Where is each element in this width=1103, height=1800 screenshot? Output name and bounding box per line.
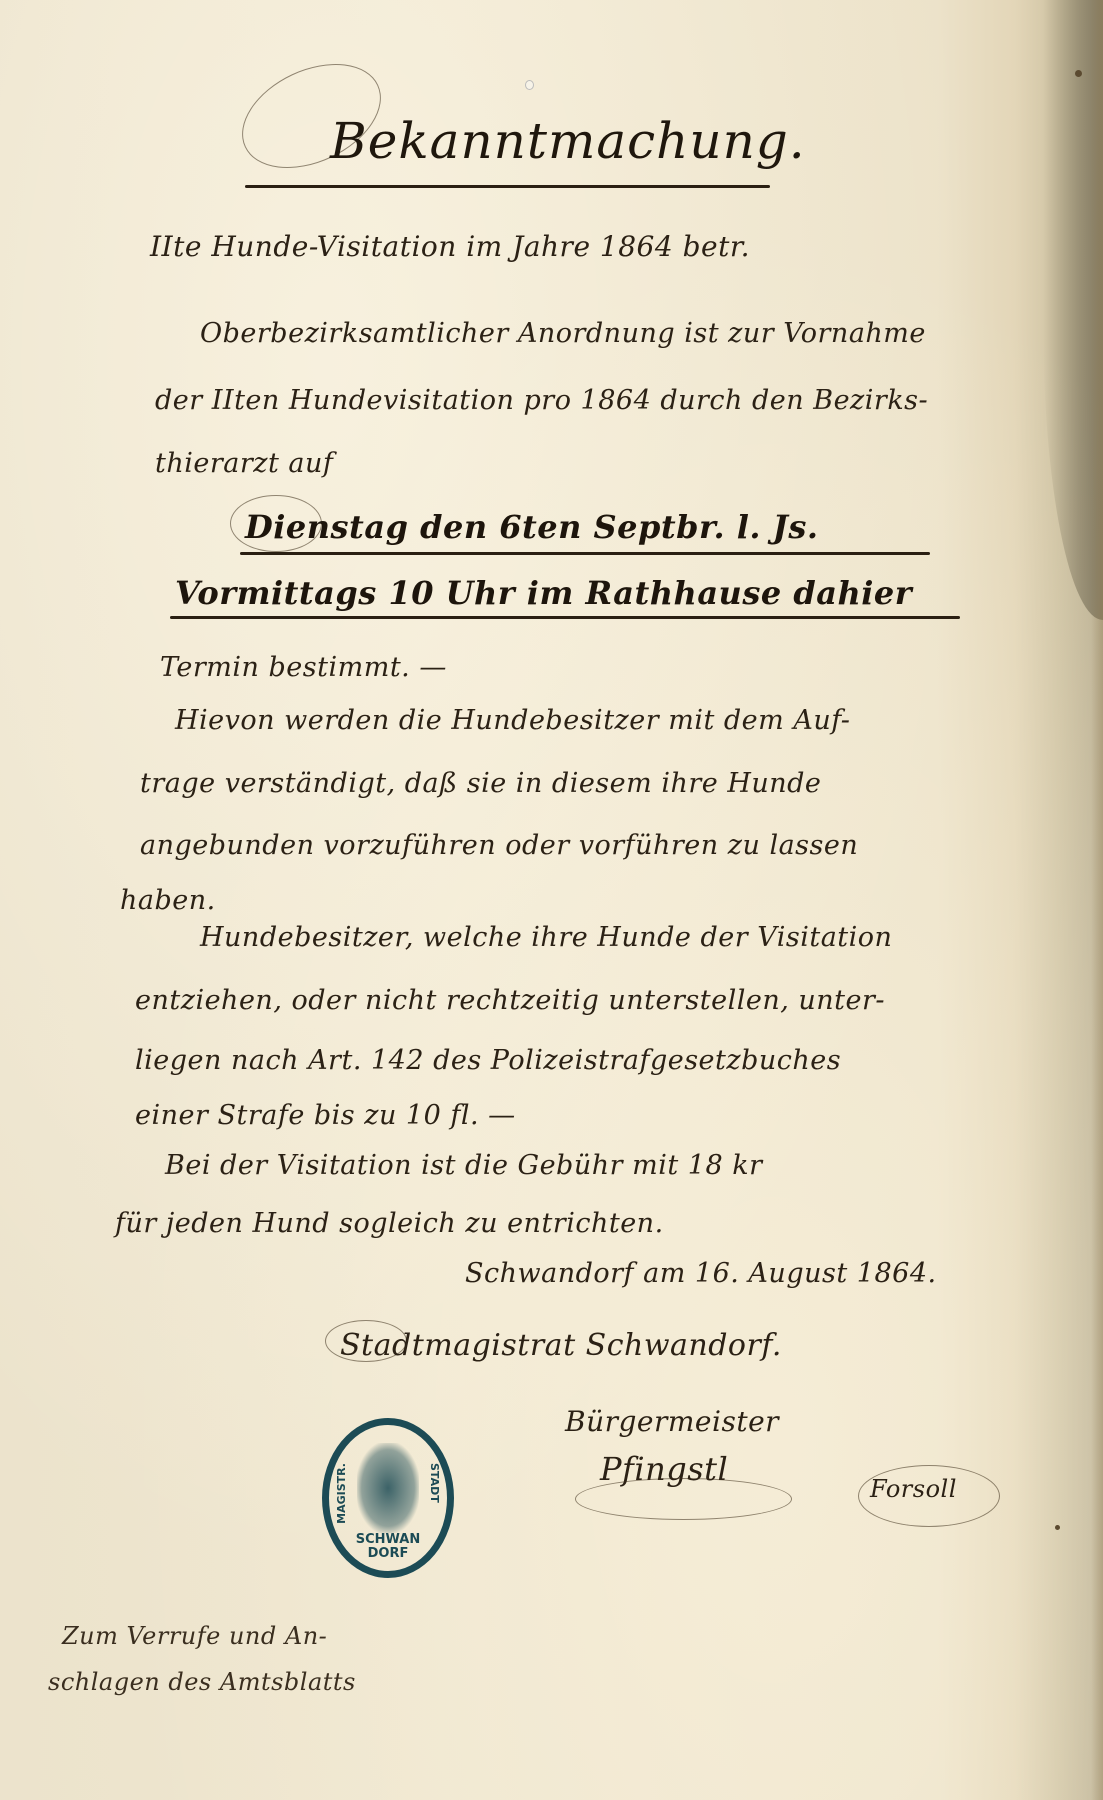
paragraph-1-line-3: thierarzt auf xyxy=(155,448,333,479)
paragraph-1-line-2: der IIten Hundevisitation pro 1864 durch… xyxy=(155,385,928,416)
stamp-bottom-text: SCHWAN DORF xyxy=(356,1533,420,1561)
paragraph-3-line-3: liegen nach Art. 142 des Polizeistrafges… xyxy=(135,1045,841,1076)
coat-of-arms-icon xyxy=(357,1443,419,1533)
subject-line: IIte Hunde-Visitation im Jahre 1864 betr… xyxy=(150,230,750,263)
official-seal-stamp: MAGISTR. STADT SCHWAN DORF xyxy=(322,1418,454,1578)
time-underline xyxy=(170,616,960,619)
stamp-right-text: STADT xyxy=(428,1463,441,1503)
stamp-bottom-line-2: DORF xyxy=(356,1547,420,1561)
signature-title: Bürgermeister xyxy=(565,1405,779,1438)
paragraph-4-line-2: für jeden Hund sogleich zu entrichten. xyxy=(115,1208,664,1239)
meeting-time-place: Vormittags 10 Uhr im Rathhause dahier xyxy=(175,574,912,612)
paper-speck xyxy=(525,80,534,90)
signature-flourish xyxy=(575,1478,792,1520)
secretary-flourish xyxy=(858,1465,1000,1527)
paragraph-1-line-1: Oberbezirksamtlicher Anordnung ist zur V… xyxy=(200,318,926,349)
date-underline xyxy=(240,552,930,555)
footnote-line-1: Zum Verrufe und An- xyxy=(62,1622,327,1650)
paragraph-3-line-1: Hundebesitzer, welche ihre Hunde der Vis… xyxy=(200,922,892,953)
paragraph-3-line-4: einer Strafe bis zu 10 fl. — xyxy=(135,1100,516,1131)
paragraph-2-line-2: Hievon werden die Hundebesitzer mit dem … xyxy=(175,705,850,736)
paragraph-4-line-1: Bei der Visitation ist die Gebühr mit 18… xyxy=(165,1150,762,1181)
place-date: Schwandorf am 16. August 1864. xyxy=(465,1258,937,1289)
paragraph-2-line-3: trage verständigt, daß sie in diesem ihr… xyxy=(140,768,821,799)
page-edge xyxy=(1091,0,1103,1800)
document-page: Bekanntmachung. IIte Hunde-Visitation im… xyxy=(0,0,1103,1800)
footnote-line-2: schlagen des Amtsblatts xyxy=(48,1668,356,1696)
paragraph-2-line-1: Termin bestimmt. — xyxy=(160,652,447,683)
document-title: Bekanntmachung. xyxy=(330,112,806,170)
title-underline xyxy=(245,185,770,188)
paragraph-2-line-4: angebunden vorzuführen oder vorführen zu… xyxy=(140,830,858,861)
ink-spot xyxy=(1055,1525,1060,1530)
meeting-date: Dienstag den 6ten Septbr. l. Js. xyxy=(245,508,818,546)
ink-spot xyxy=(1075,70,1082,77)
stamp-bottom-line-1: SCHWAN xyxy=(356,1533,420,1547)
paragraph-2-line-5: haben. xyxy=(120,885,216,916)
stamp-left-text: MAGISTR. xyxy=(335,1463,348,1524)
paragraph-3-line-2: entziehen, oder nicht rechtzeitig unters… xyxy=(135,985,885,1016)
issuer: Stadtmagistrat Schwandorf. xyxy=(340,1328,782,1363)
